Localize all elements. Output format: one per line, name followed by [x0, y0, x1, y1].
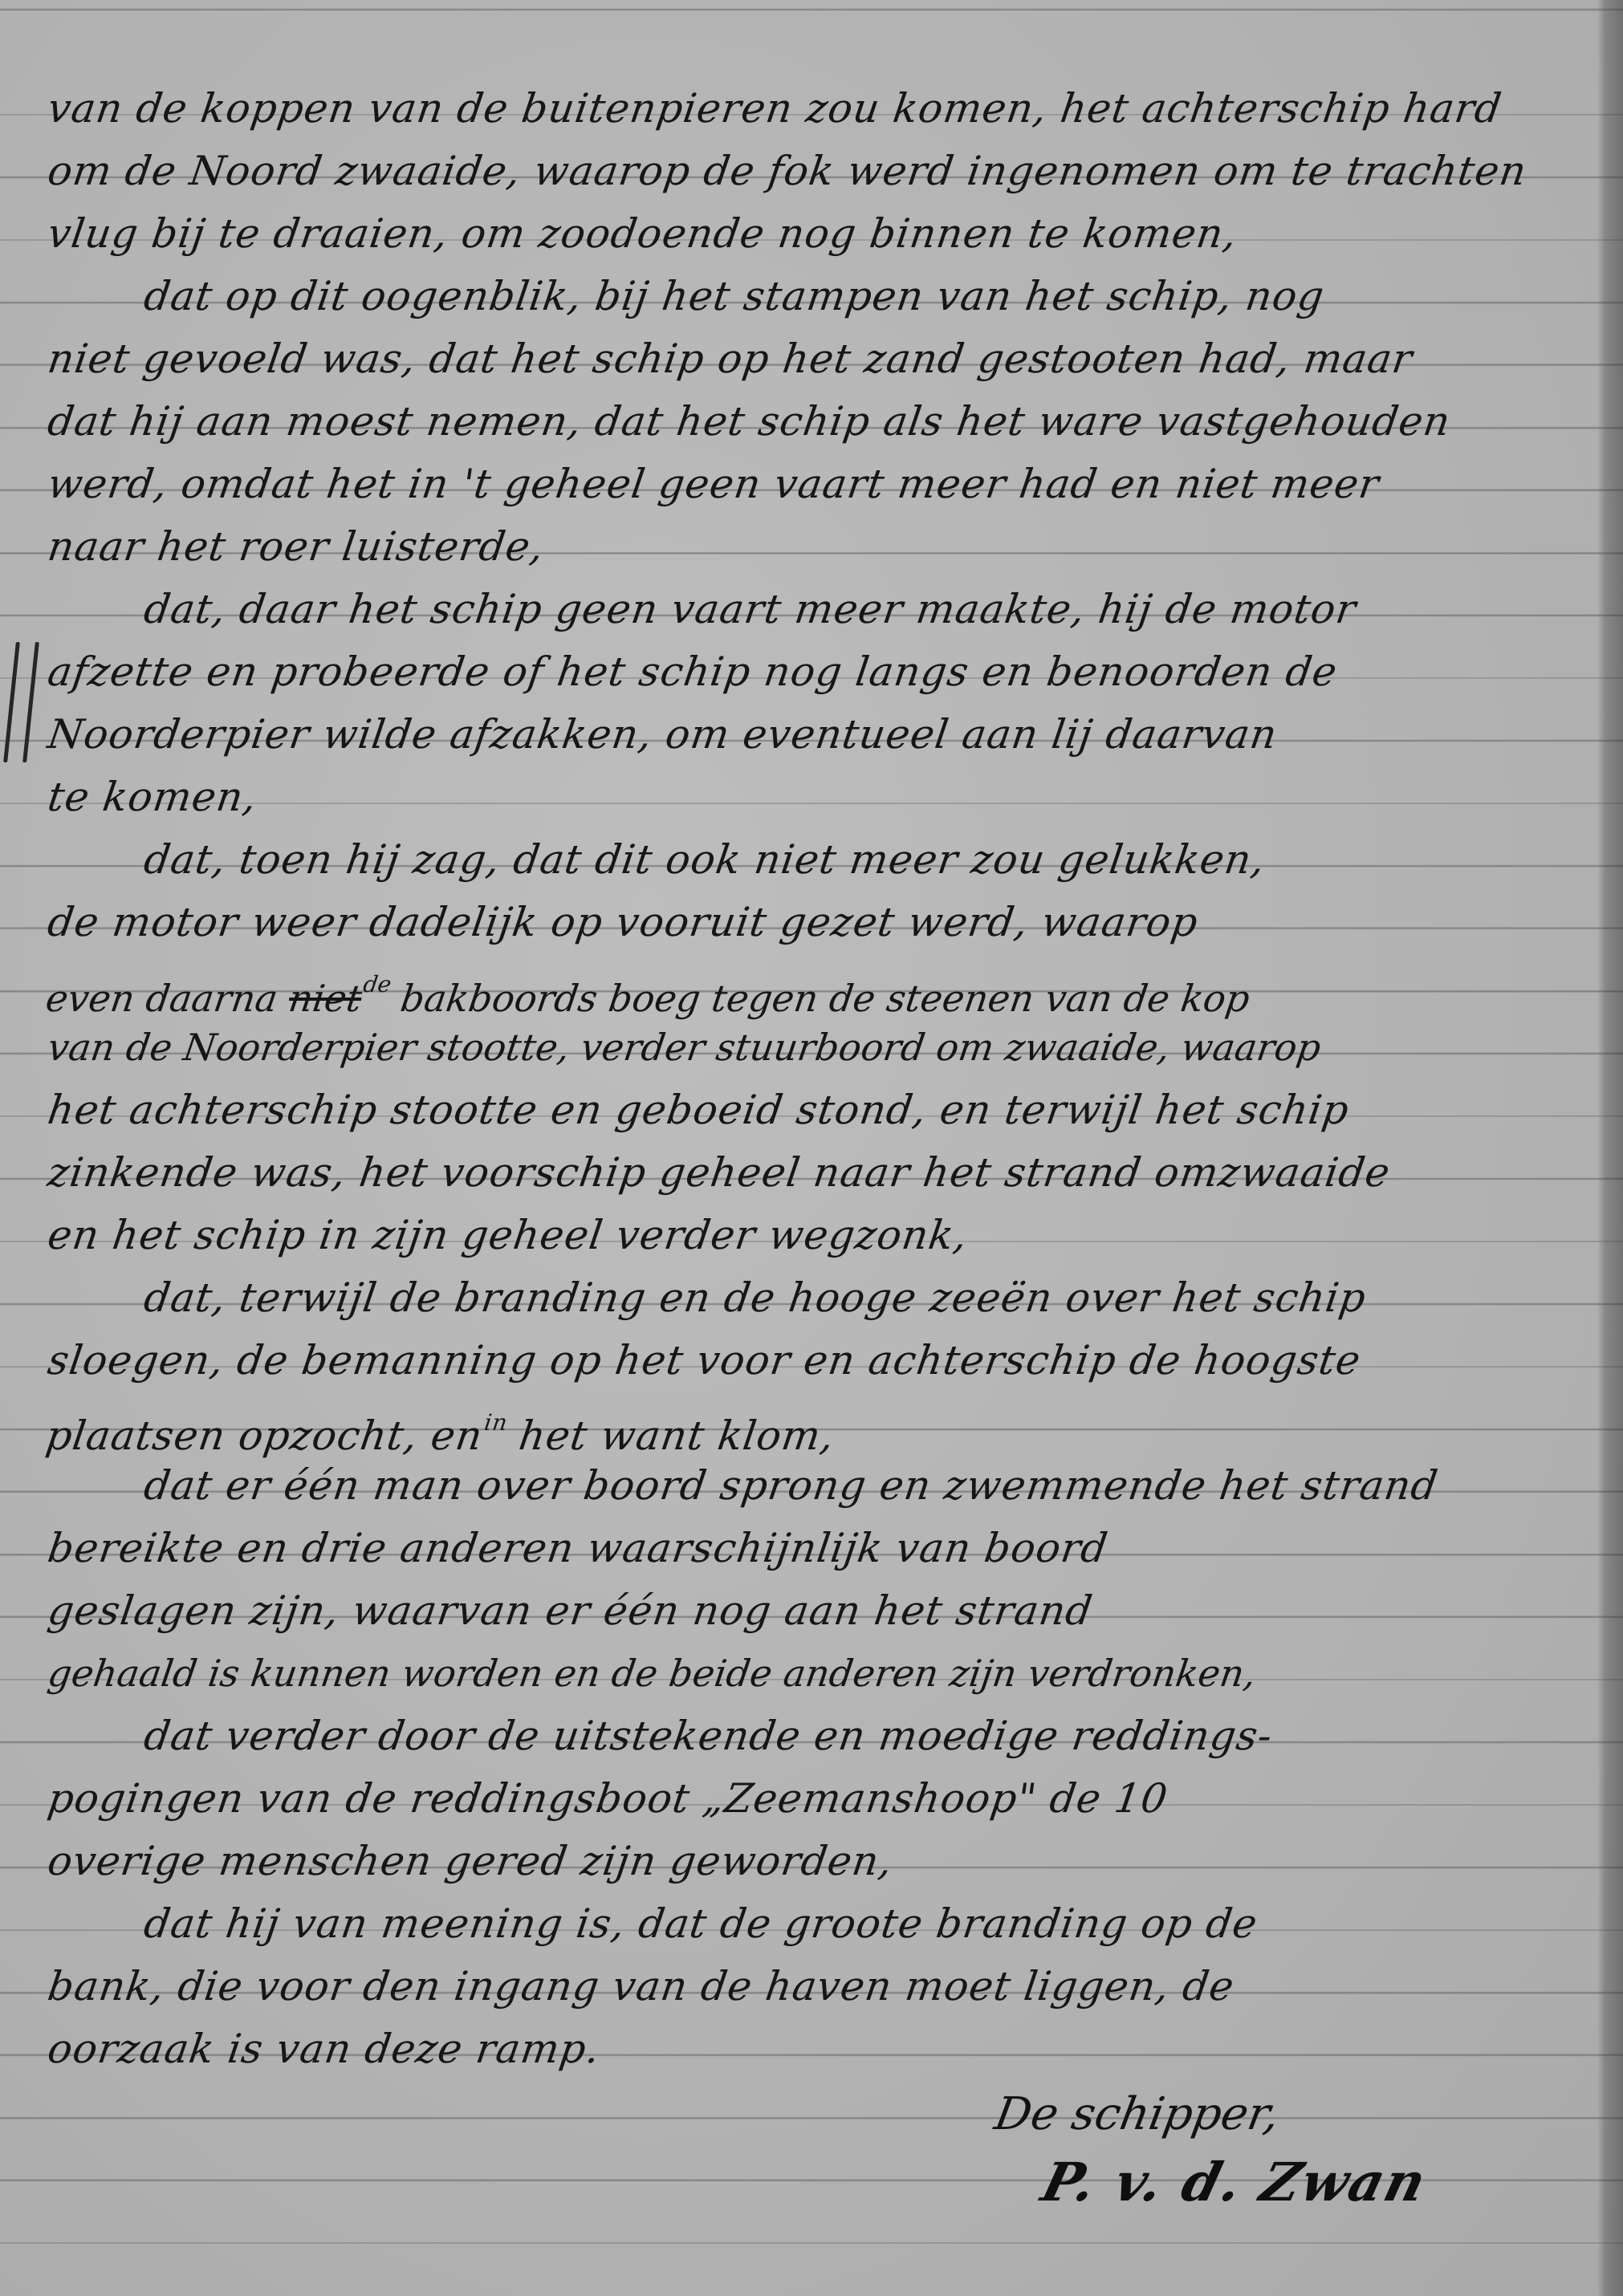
- margin-bar: [22, 642, 39, 762]
- text-line: Noorderpier wilde afzakken, om eventueel…: [44, 703, 1594, 766]
- line-rest: bakboords boeg tegen de steenen van de k…: [398, 977, 1253, 1020]
- line-rest: het want klom,: [502, 1412, 837, 1459]
- text-line: het achterschip stootte en geboeid stond…: [44, 1079, 1594, 1141]
- signature-block: De schipper, P. v. d. Zwan: [995, 2079, 1426, 2213]
- text-line: om de Noord zwaaide, waarop de fok werd …: [44, 140, 1594, 202]
- text-line: dat op dit oogenblik, bij het stampen va…: [44, 265, 1594, 327]
- margin-double-bar-mark: [8, 642, 47, 762]
- text-line: bereikte en drie anderen waarschijnlijk …: [44, 1517, 1594, 1579]
- text-line: van de koppen van de buitenpieren zou ko…: [44, 77, 1594, 140]
- struck-word: niet: [286, 977, 364, 1020]
- text-line: dat hij aan moest nemen, dat het schip a…: [44, 390, 1594, 453]
- text-line: geslagen zijn, waarvan er één nog aan he…: [44, 1579, 1594, 1642]
- text-line: en het schip in zijn geheel verder wegzo…: [44, 1204, 1594, 1266]
- text-line: naar het roer luisterde,: [44, 515, 1594, 578]
- signature-name: P. v. d. Zwan: [987, 2151, 1434, 2213]
- text-line-with-insertion: plaatsen opzocht, enin het want klom,: [44, 1392, 1594, 1454]
- handwritten-text-block: van de koppen van de buitenpieren zou ko…: [48, 77, 1589, 2080]
- text-line: dat, toen hij zag, dat dit ook niet meer…: [44, 828, 1594, 891]
- signature-title: De schipper,: [989, 2079, 1432, 2151]
- text-line: oorzaak is van deze ramp.: [44, 2018, 1594, 2080]
- text-line: dat, terwijl de branding en de hooge zee…: [44, 1266, 1594, 1329]
- text-line: dat, daar het schip geen vaart meer maak…: [44, 578, 1594, 640]
- text-line: vlug bij te draaien, om zoodoende nog bi…: [44, 202, 1594, 265]
- line-start: even daarna: [43, 977, 281, 1020]
- text-line: zinkende was, het voorschip geheel naar …: [44, 1141, 1594, 1204]
- text-line: werd, omdat het in 't geheel geen vaart …: [44, 453, 1594, 515]
- inserted-word: de: [361, 971, 393, 998]
- text-line: pogingen van de reddingsboot „Zeemanshoo…: [44, 1767, 1594, 1830]
- text-line: niet gevoeld was, dat het schip op het z…: [44, 327, 1594, 390]
- text-line: overige menschen gered zijn geworden,: [44, 1830, 1594, 1892]
- text-line: sloegen, de bemanning op het voor en ach…: [44, 1329, 1594, 1392]
- text-line: de motor weer dadelijk op vooruit gezet …: [44, 891, 1594, 953]
- text-line-with-correction: even daarna nietde bakboords boeg tegen …: [44, 953, 1594, 1016]
- text-line: van de Noorderpier stootte, verder stuur…: [44, 1016, 1594, 1079]
- text-line: gehaald is kunnen worden en de beide and…: [44, 1642, 1594, 1705]
- text-line: dat verder door de uitstekende en moedig…: [44, 1705, 1594, 1767]
- text-line: dat er één man over boord sprong en zwem…: [44, 1454, 1594, 1517]
- text-line: bank, die voor den ingang van de haven m…: [44, 1955, 1594, 2018]
- line-start: plaatsen opzocht, en: [43, 1412, 486, 1459]
- text-line: dat hij van meening is, dat de groote br…: [44, 1892, 1594, 1955]
- text-line: afzette en probeerde of het schip nog la…: [44, 640, 1594, 703]
- text-line: te komen,: [44, 766, 1594, 828]
